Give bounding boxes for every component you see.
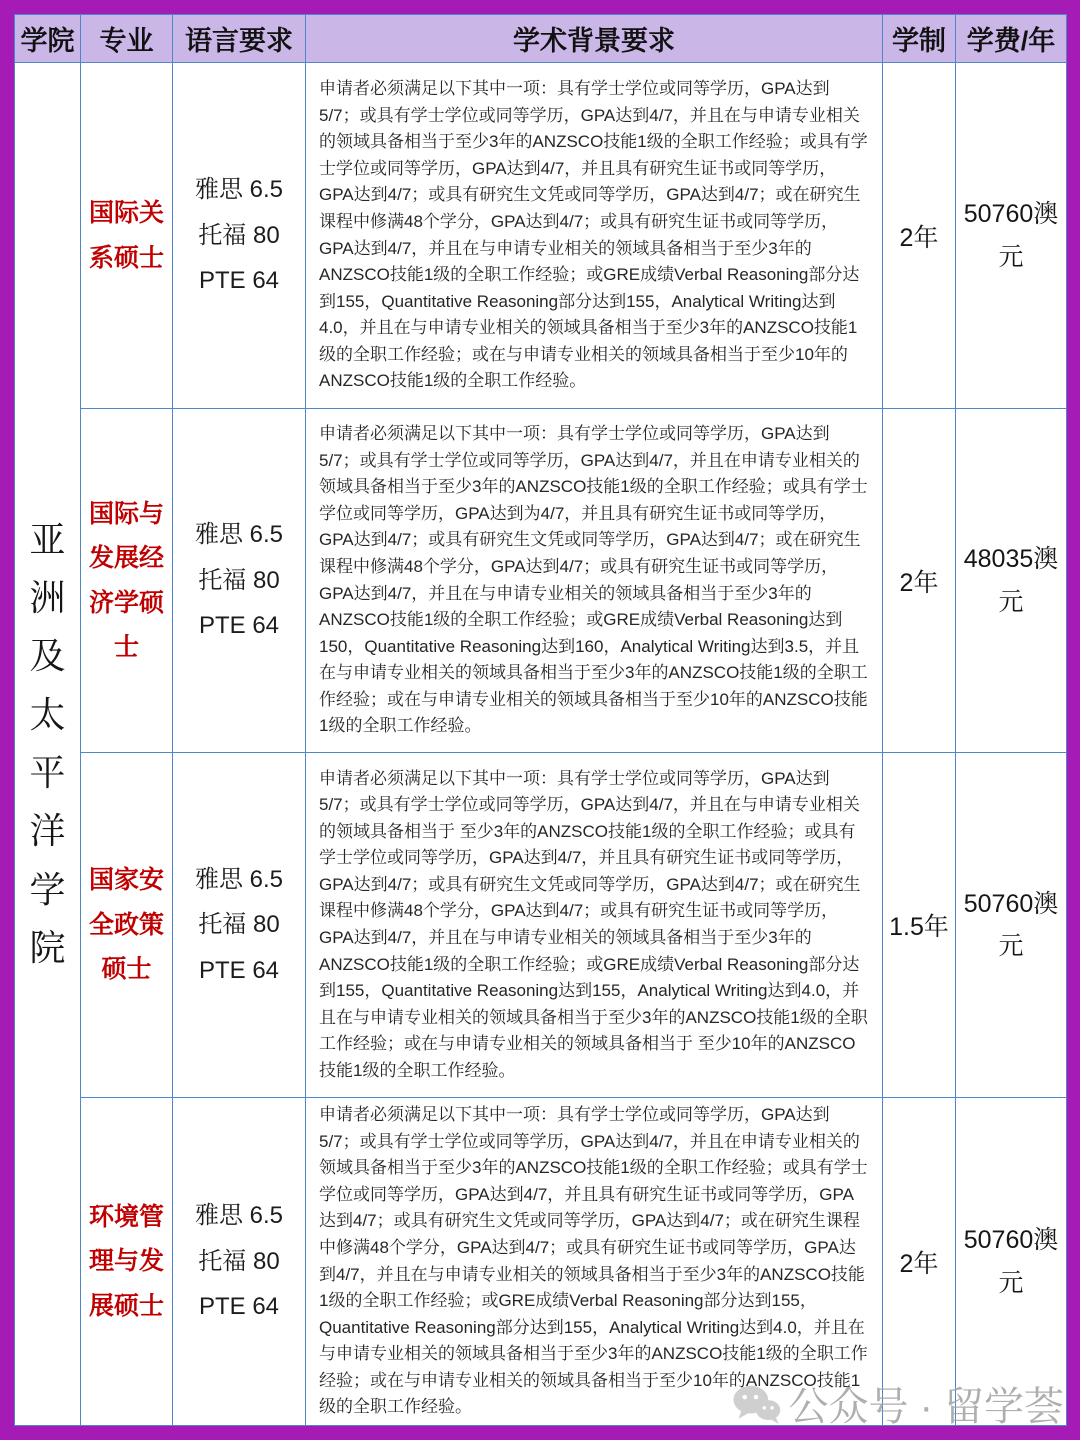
- language-requirements: 雅思 6.5 托福 80 PTE 64: [173, 753, 306, 1098]
- duration-value: 2年: [883, 63, 956, 409]
- table-row: 亚洲及太平洋学院 国际关系硕士 雅思 6.5 托福 80 PTE 64 申请者必…: [15, 63, 1067, 409]
- tuition-value: 50760澳元: [956, 63, 1067, 409]
- page-frame: 学院 专业 语言要求 学术背景要求 学制 学费/年 亚洲及太平洋学院 国际关系硕…: [0, 0, 1080, 1440]
- table-row: 国际与发展经济学硕士 雅思 6.5 托福 80 PTE 64 申请者必须满足以下…: [15, 409, 1067, 753]
- language-requirements: 雅思 6.5 托福 80 PTE 64: [173, 63, 306, 409]
- major-intl-development-economics: 国际与发展经济学硕士: [81, 409, 173, 753]
- duration-value: 2年: [883, 1098, 956, 1426]
- academic-requirements: 申请者必须满足以下其中一项：具有学士学位或同等学历，GPA达到5/7；或具有学士…: [306, 63, 883, 409]
- duration-value: 1.5年: [883, 753, 956, 1098]
- tuition-value: 50760澳元: [956, 1098, 1067, 1426]
- tuition-value: 48035澳元: [956, 409, 1067, 753]
- table-row: 国家安全政策硕士 雅思 6.5 托福 80 PTE 64 申请者必须满足以下其中…: [15, 753, 1067, 1098]
- major-international-relations: 国际关系硕士: [81, 63, 173, 409]
- academic-requirements: 申请者必须满足以下其中一项：具有学士学位或同等学历，GPA达到5/7；或具有学士…: [306, 1098, 883, 1426]
- college-name: 亚洲及太平洋学院: [29, 511, 67, 978]
- major-environmental-management: 环境管理与发展硕士: [81, 1098, 173, 1426]
- header-duration: 学制: [883, 15, 956, 63]
- tuition-value: 50760澳元: [956, 753, 1067, 1098]
- college-cell: 亚洲及太平洋学院: [15, 63, 81, 1426]
- academic-requirements: 申请者必须满足以下其中一项：具有学士学位或同等学历，GPA达到5/7；或具有学士…: [306, 409, 883, 753]
- header-major: 专业: [81, 15, 173, 63]
- major-national-security-policy: 国家安全政策硕士: [81, 753, 173, 1098]
- language-requirements: 雅思 6.5 托福 80 PTE 64: [173, 1098, 306, 1426]
- academic-requirements: 申请者必须满足以下其中一项：具有学士学位或同等学历，GPA达到5/7；或具有学士…: [306, 753, 883, 1098]
- duration-value: 2年: [883, 409, 956, 753]
- language-requirements: 雅思 6.5 托福 80 PTE 64: [173, 409, 306, 753]
- header-college: 学院: [15, 15, 81, 63]
- header-tuition: 学费/年: [956, 15, 1067, 63]
- table-row: 环境管理与发展硕士 雅思 6.5 托福 80 PTE 64 申请者必须满足以下其…: [15, 1098, 1067, 1426]
- table-header-row: 学院 专业 语言要求 学术背景要求 学制 学费/年: [15, 15, 1067, 63]
- header-language: 语言要求: [173, 15, 306, 63]
- header-academic: 学术背景要求: [306, 15, 883, 63]
- programs-table: 学院 专业 语言要求 学术背景要求 学制 学费/年 亚洲及太平洋学院 国际关系硕…: [14, 14, 1067, 1426]
